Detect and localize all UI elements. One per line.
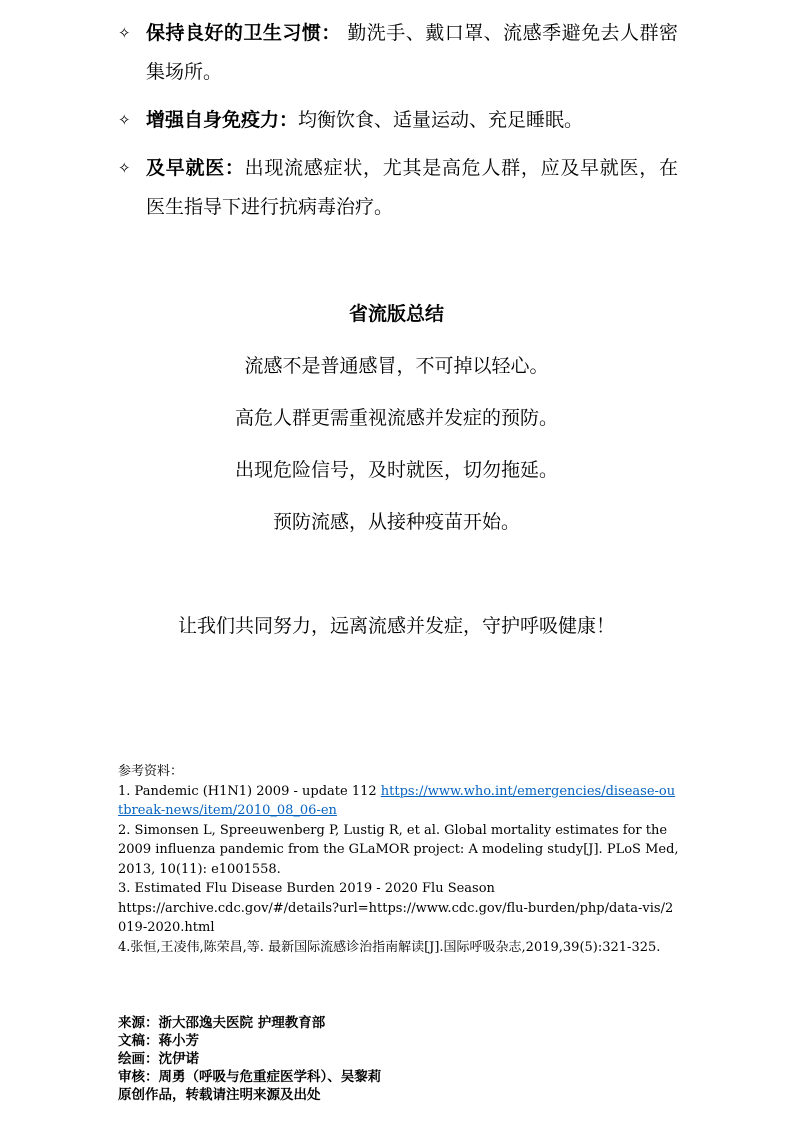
credit-reviewers: 审核：周勇（呼吸与危重症医学科）、吴黎莉 xyxy=(118,1068,381,1086)
reference-entry: 3. Estimated Flu Disease Burden 2019 - 2… xyxy=(118,879,680,938)
bullet-label: 增强自身免疫力： xyxy=(146,109,298,131)
bullet-text: 及早就医：出现流感症状，尤其是高危人群，应及早就医，在医生指导下进行抗病毒治疗。 xyxy=(146,149,678,227)
reference-entry: 4.张恒,王凌伟,陈荣昌,等. 最新国际流感诊治指南解读[J].国际呼吸杂志,2… xyxy=(118,938,680,958)
references-section: 参考资料： 1. Pandemic (H1N1) 2009 - update 1… xyxy=(118,762,680,957)
list-item: ✧ 保持良好的卫生习惯： 勤洗手、戴口罩、流感季避免去人群密集场所。 xyxy=(118,14,678,92)
credit-illustrator: 绘画：沈伊诺 xyxy=(118,1050,381,1068)
summary-line: 预防流感，从接种疫苗开始。 xyxy=(0,496,793,548)
diamond-bullet-icon: ✧ xyxy=(118,149,146,227)
key-points-list: ✧ 保持良好的卫生习惯： 勤洗手、戴口罩、流感季避免去人群密集场所。 ✧ 增强自… xyxy=(118,14,678,236)
reference-entry: 2. Simonsen L, Spreeuwenberg P, Lustig R… xyxy=(118,821,680,880)
diamond-bullet-icon: ✧ xyxy=(118,14,146,92)
bullet-text: 增强自身免疫力：均衡饮食、适量运动、充足睡眠。 xyxy=(146,101,678,140)
reference-text: 1. Pandemic (H1N1) 2009 - update 112 xyxy=(118,784,381,799)
references-heading: 参考资料： xyxy=(118,762,680,782)
bullet-text: 保持良好的卫生习惯： 勤洗手、戴口罩、流感季避免去人群密集场所。 xyxy=(146,14,678,92)
summary-line: 出现危险信号，及时就医，切勿拖延。 xyxy=(0,444,793,496)
document-page: ✧ 保持良好的卫生习惯： 勤洗手、戴口罩、流感季避免去人群密集场所。 ✧ 增强自… xyxy=(0,0,793,1122)
credits-section: 来源：浙大邵逸夫医院 护理教育部 文稿：蒋小芳 绘画：沈伊诺 审核：周勇（呼吸与… xyxy=(118,1014,381,1104)
closing-line: 让我们共同努力，远离流感并发症，守护呼吸健康！ xyxy=(0,600,793,652)
bullet-label: 保持良好的卫生习惯： xyxy=(146,22,341,44)
credit-copyright-note: 原创作品，转载请注明来源及出处 xyxy=(118,1086,381,1104)
reference-entry: 1. Pandemic (H1N1) 2009 - update 112 htt… xyxy=(118,782,680,821)
reference-text: 3. Estimated Flu Disease Burden 2019 - 2… xyxy=(118,879,680,899)
summary-title: 省流版总结 xyxy=(0,288,793,340)
credit-author: 文稿：蒋小芳 xyxy=(118,1032,381,1050)
cdc-archive-url: https://archive.cdc.gov/#/details?url=ht… xyxy=(118,899,680,938)
credit-source: 来源：浙大邵逸夫医院 护理教育部 xyxy=(118,1014,381,1032)
summary-section: 省流版总结 流感不是普通感冒，不可掉以轻心。 高危人群更需重视流感并发症的预防。… xyxy=(0,288,793,652)
bullet-body: 均衡饮食、适量运动、充足睡眠。 xyxy=(298,109,583,131)
list-item: ✧ 增强自身免疫力：均衡饮食、适量运动、充足睡眠。 xyxy=(118,101,678,140)
list-item: ✧ 及早就医：出现流感症状，尤其是高危人群，应及早就医，在医生指导下进行抗病毒治… xyxy=(118,149,678,227)
summary-line: 高危人群更需重视流感并发症的预防。 xyxy=(0,392,793,444)
summary-line: 流感不是普通感冒，不可掉以轻心。 xyxy=(0,340,793,392)
bullet-label: 及早就医： xyxy=(146,157,245,179)
diamond-bullet-icon: ✧ xyxy=(118,101,146,140)
